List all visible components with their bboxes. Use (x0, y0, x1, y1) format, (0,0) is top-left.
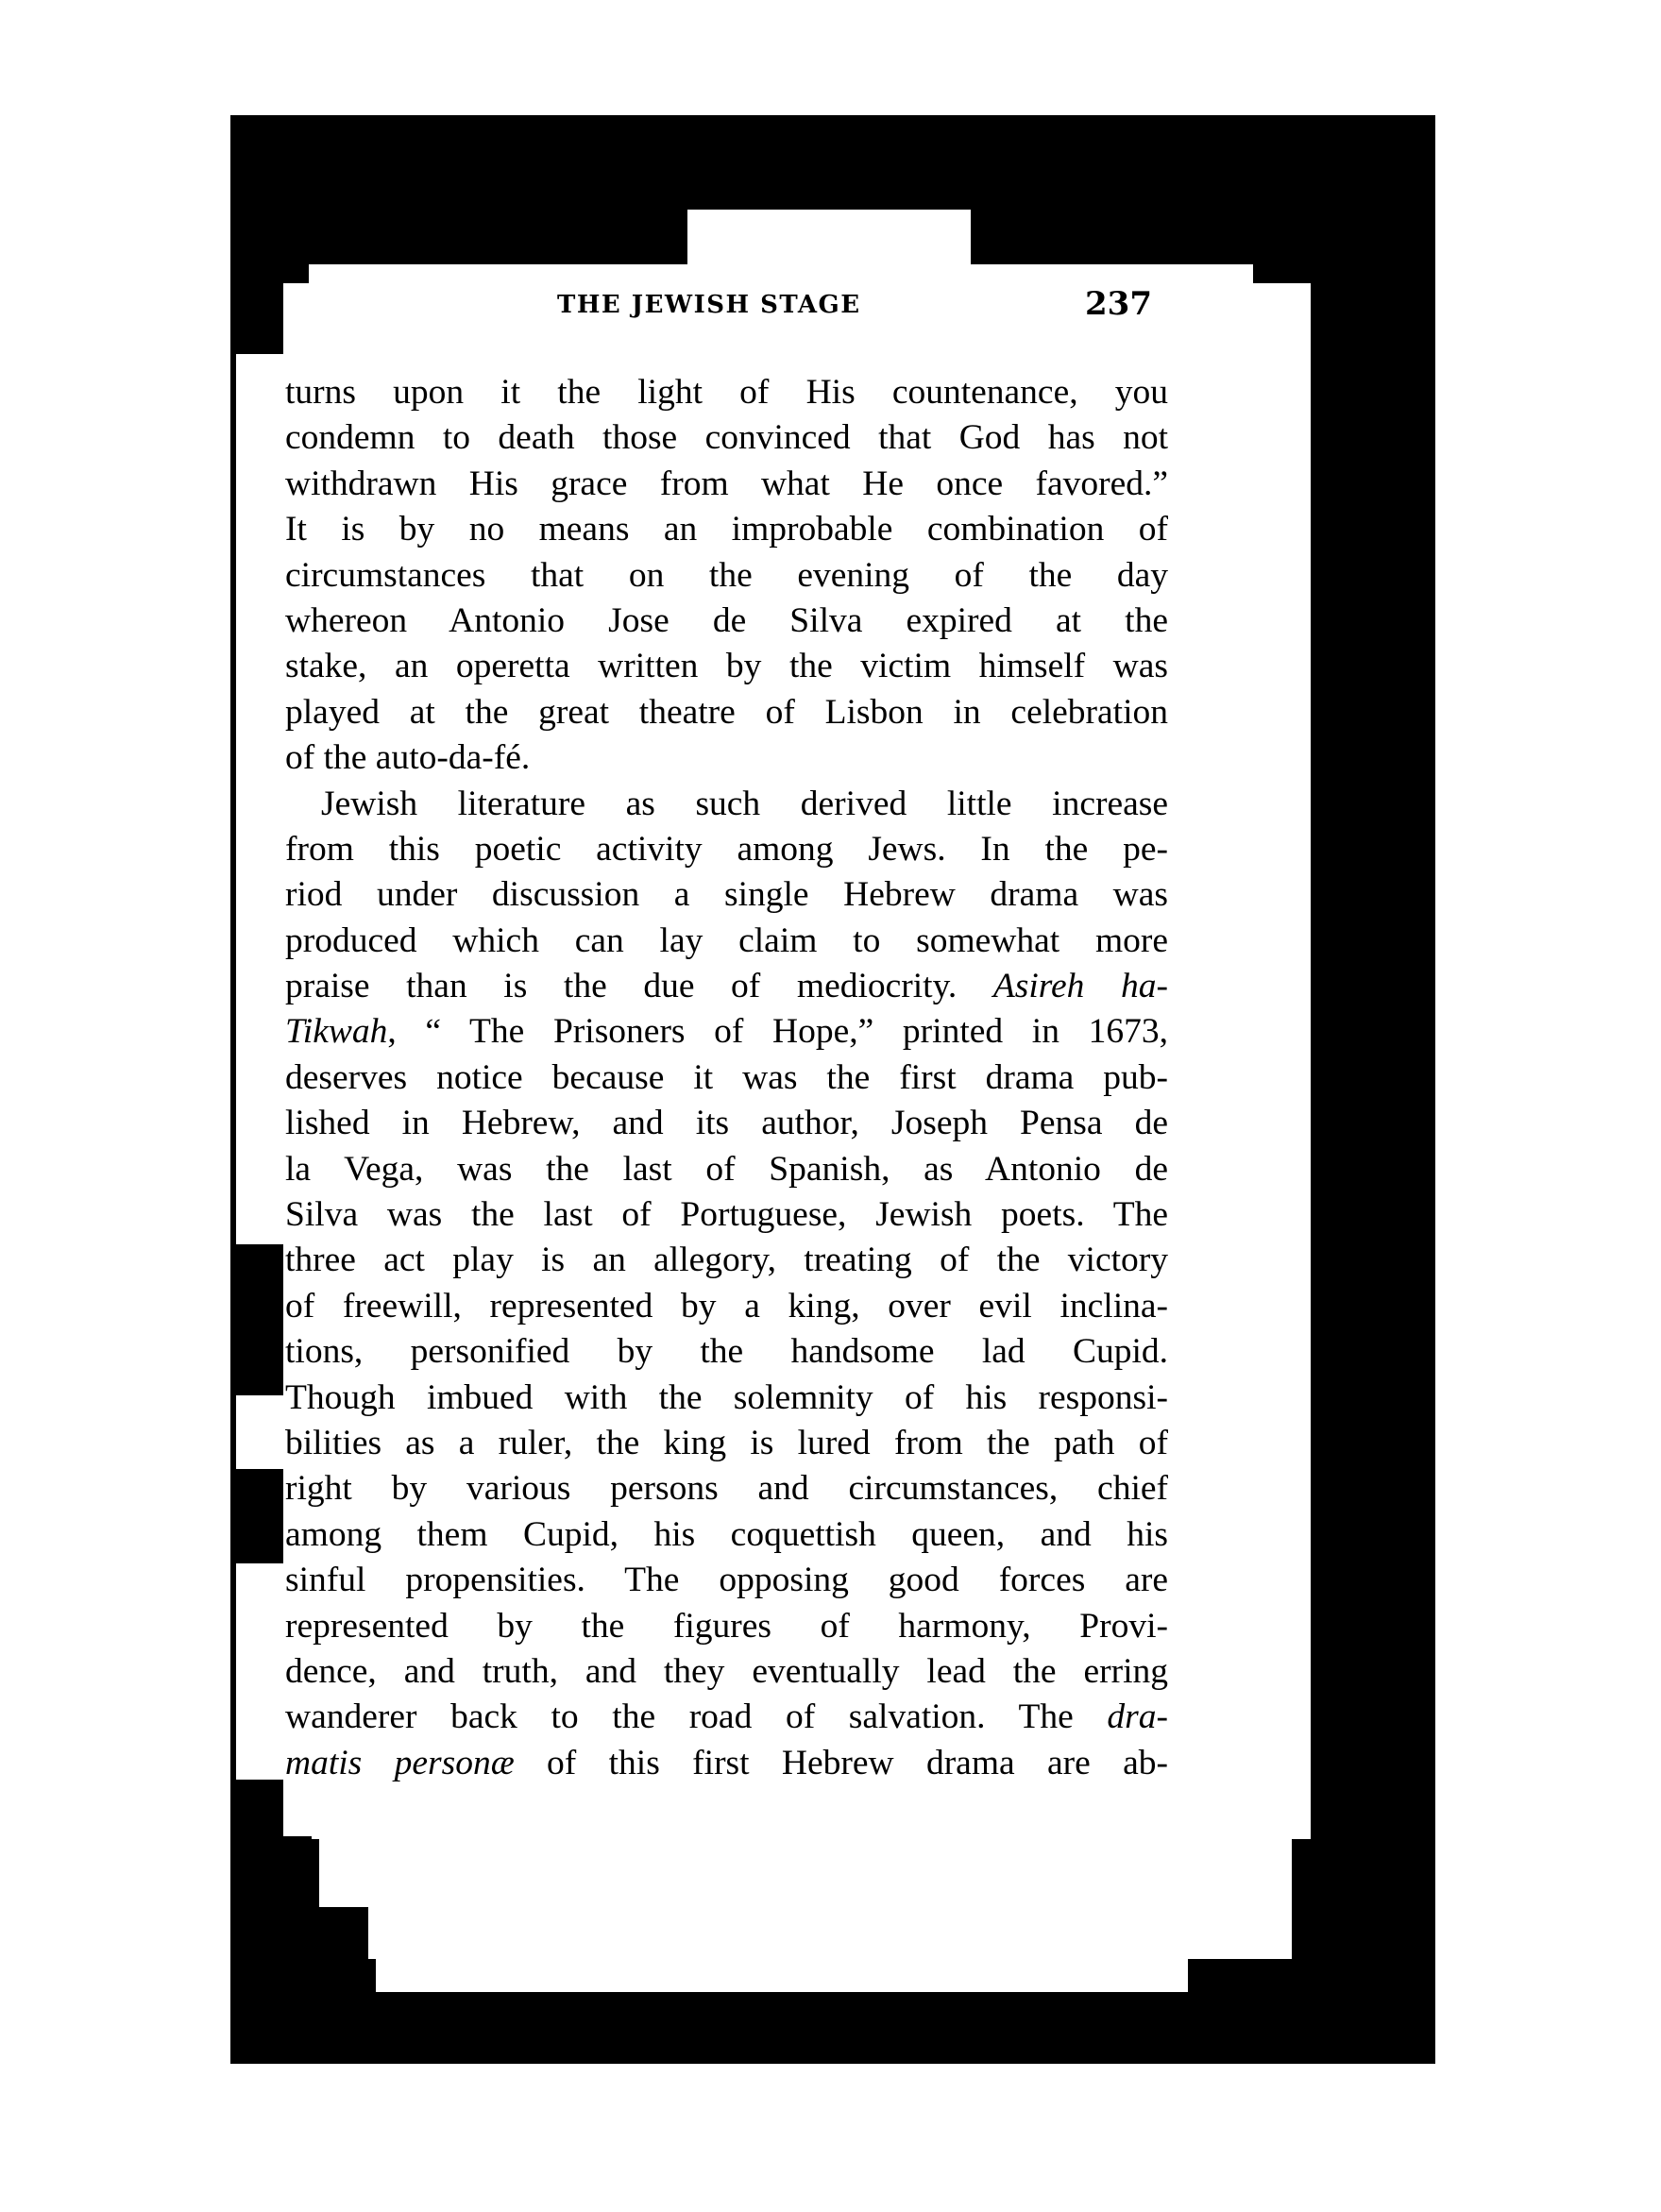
text-segment: wanderer back to the road of salvation. … (285, 1697, 1107, 1736)
text-line: lished in Hebrew, and its author, Joseph… (285, 1101, 1168, 1146)
italic-text: Asireh ha- (993, 967, 1168, 1005)
text-line: wanderer back to the road of salvation. … (285, 1695, 1168, 1740)
italic-text: matis personæ (285, 1744, 515, 1782)
text-segment: It is by no means an improbable combinat… (285, 510, 1168, 549)
text-segment: turns upon it the light of His countenan… (285, 373, 1168, 412)
text-line: matis personæ of this first Hebrew drama… (285, 1741, 1168, 1786)
scan-artifact (236, 1469, 283, 1563)
text-line: riod under discussion a single Hebrew dr… (285, 872, 1168, 918)
text-line: la Vega, was the last of Spanish, as Ant… (285, 1147, 1168, 1192)
text-segment: right by various persons and circumstanc… (285, 1469, 1168, 1508)
text-line: of the auto-da-fé. (285, 735, 1168, 781)
text-segment: praise than is the due of mediocrity. (285, 967, 993, 1005)
text-line: right by various persons and circumstanc… (285, 1466, 1168, 1511)
text-segment: stake, an operetta written by the victim… (285, 647, 1168, 685)
italic-text: dra- (1107, 1697, 1168, 1736)
text-segment: riod under discussion a single Hebrew dr… (285, 875, 1168, 914)
text-segment: three act play is an allegory, treating … (285, 1241, 1168, 1279)
text-line: stake, an operetta written by the victim… (285, 644, 1168, 689)
text-line: dence, and truth, and they eventually le… (285, 1649, 1168, 1695)
text-segment: circumstances that on the evening of the… (285, 556, 1168, 595)
text-segment: Though imbued with the solemnity of his … (285, 1378, 1168, 1417)
scan-artifact (236, 1244, 283, 1395)
text-segment: of this first Hebrew drama are ab- (515, 1744, 1168, 1782)
text-line: Though imbued with the solemnity of his … (285, 1376, 1168, 1421)
scan-artifact (236, 1907, 368, 2063)
text-line: withdrawn His grace from what He once fa… (285, 462, 1168, 507)
text-line: sinful propensities. The opposing good f… (285, 1558, 1168, 1603)
text-line: three act play is an allegory, treating … (285, 1238, 1168, 1283)
page-area (319, 1832, 1292, 1959)
text-segment: la Vega, was the last of Spanish, as Ant… (285, 1150, 1168, 1189)
text-segment: of the auto-da-fé. (285, 738, 530, 777)
text-line: produced which can lay claim to somewhat… (285, 919, 1168, 964)
page-area (236, 354, 293, 1780)
text-segment: dence, and truth, and they eventually le… (285, 1652, 1168, 1691)
text-line: turns upon it the light of His countenan… (285, 370, 1168, 415)
text-segment: represented by the figures of harmony, P… (285, 1607, 1168, 1646)
text-line: condemn to death those convinced that Go… (285, 415, 1168, 461)
text-segment: bilities as a ruler, the king is lured f… (285, 1424, 1168, 1462)
page-number: 237 (1085, 285, 1152, 323)
text-line: deserves notice because it was the first… (285, 1055, 1168, 1101)
text-segment: played at the great theatre of Lisbon in… (285, 693, 1168, 732)
text-segment: lished in Hebrew, and its author, Joseph… (285, 1104, 1168, 1142)
text-segment: condemn to death those convinced that Go… (285, 418, 1168, 457)
text-segment: Jewish literature as such derived little… (321, 785, 1168, 823)
text-line: played at the great theatre of Lisbon in… (285, 690, 1168, 735)
running-head: THE JEWISH STAGE 237 (283, 283, 1161, 330)
running-head-title: THE JEWISH STAGE (557, 291, 861, 319)
text-line: Tikwah, “ The Prisoners of Hope,” printe… (285, 1009, 1168, 1055)
text-line: whereon Antonio Jose de Silva expired at… (285, 599, 1168, 644)
text-segment: among them Cupid, his coquettish queen, … (285, 1515, 1168, 1554)
text-segment: of freewill, represented by a king, over… (285, 1287, 1168, 1326)
text-line: It is by no means an improbable combinat… (285, 507, 1168, 552)
page-area (376, 1954, 1188, 1992)
text-segment: withdrawn His grace from what He once fa… (285, 464, 1168, 503)
text-line: circumstances that on the evening of the… (285, 553, 1168, 599)
text-line: bilities as a ruler, the king is lured f… (285, 1421, 1168, 1466)
text-segment: sinful propensities. The opposing good f… (285, 1561, 1168, 1599)
body-text: turns upon it the light of His countenan… (285, 370, 1168, 1786)
italic-text: Tikwah (285, 1012, 387, 1051)
text-line: represented by the figures of harmony, P… (285, 1604, 1168, 1649)
text-segment: deserves notice because it was the first… (285, 1058, 1168, 1097)
text-segment: produced which can lay claim to somewhat… (285, 921, 1168, 960)
text-line: among them Cupid, his coquettish queen, … (285, 1512, 1168, 1558)
text-segment: tions, personified by the handsome lad C… (285, 1332, 1168, 1371)
text-line: tions, personified by the handsome lad C… (285, 1329, 1168, 1375)
text-line: praise than is the due of mediocrity. As… (285, 964, 1168, 1009)
text-segment: , “ The Prisoners of Hope,” printed in 1… (387, 1012, 1168, 1051)
text-segment: from this poetic activity among Jews. In… (285, 830, 1168, 869)
text-line: from this poetic activity among Jews. In… (285, 827, 1168, 872)
text-line: Silva was the last of Portuguese, Jewish… (285, 1192, 1168, 1238)
text-segment: Silva was the last of Portuguese, Jewish… (285, 1195, 1168, 1234)
text-line: Jewish literature as such derived little… (285, 782, 1168, 827)
text-line: of freewill, represented by a king, over… (285, 1284, 1168, 1329)
text-segment: whereon Antonio Jose de Silva expired at… (285, 601, 1168, 640)
